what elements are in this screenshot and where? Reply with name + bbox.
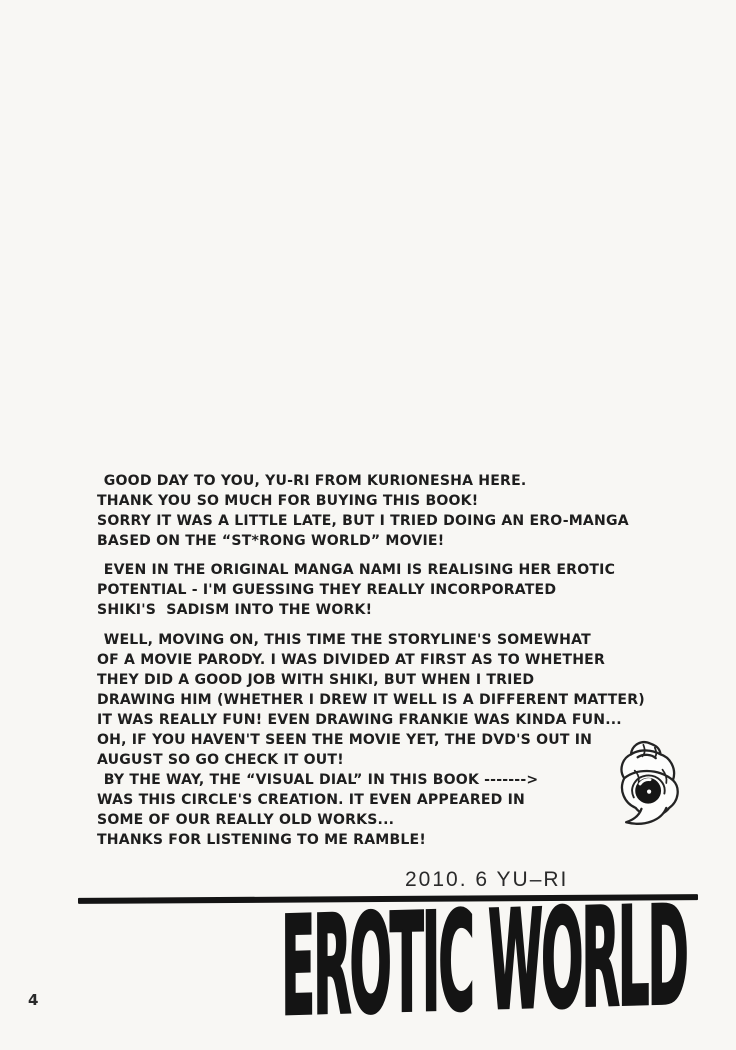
text-line: POTENTIAL - I'M GUESSING THEY REALLY INC…: [97, 580, 615, 600]
text-line: DRAWING HIM (WHETHER I DREW IT WELL IS A…: [97, 690, 645, 710]
text-line: EVEN IN THE ORIGINAL MANGA NAMI IS REALI…: [97, 560, 615, 580]
afterword-paragraph-1: GOOD DAY TO YOU, YU-RI FROM KURIONESHA H…: [97, 471, 629, 551]
afterword-page: GOOD DAY TO YOU, YU-RI FROM KURIONESHA H…: [0, 0, 736, 1050]
page-number: 4: [28, 991, 38, 1009]
text-line: THANK YOU SO MUCH FOR BUYING THIS BOOK!: [97, 491, 629, 511]
text-line: SHIKI'S SADISM INTO THE WORK!: [97, 600, 615, 620]
text-line: BY THE WAY, THE “VISUAL DIAL” IN THIS BO…: [97, 770, 538, 790]
text-line: THEY DID A GOOD JOB WITH SHIKI, BUT WHEN…: [97, 670, 645, 690]
text-line: SOME OF OUR REALLY OLD WORKS...: [97, 810, 538, 830]
text-line: OH, IF YOU HAVEN'T SEEN THE MOVIE YET, T…: [97, 730, 645, 750]
afterword-paragraph-2: EVEN IN THE ORIGINAL MANGA NAMI IS REALI…: [97, 560, 615, 620]
text-line: IT WAS REALLY FUN! EVEN DRAWING FRANKIE …: [97, 710, 645, 730]
afterword-paragraph-3: WELL, MOVING ON, THIS TIME THE STORYLINE…: [97, 630, 645, 770]
text-line: THANKS FOR LISTENING TO ME RAMBLE!: [97, 830, 538, 850]
text-line: WELL, MOVING ON, THIS TIME THE STORYLINE…: [97, 630, 645, 650]
text-line: GOOD DAY TO YOU, YU-RI FROM KURIONESHA H…: [97, 471, 629, 491]
text-line: AUGUST SO GO CHECK IT OUT!: [97, 750, 645, 770]
afterword-paragraph-4: BY THE WAY, THE “VISUAL DIAL” IN THIS BO…: [97, 770, 538, 850]
text-line: SORRY IT WAS A LITTLE LATE, BUT I TRIED …: [97, 511, 629, 531]
text-line: WAS THIS CIRCLE'S CREATION. IT EVEN APPE…: [97, 790, 538, 810]
text-line: OF A MOVIE PARODY. I WAS DIVIDED AT FIRS…: [97, 650, 645, 670]
visual-dial-shell-icon: [608, 736, 694, 832]
book-title-logo: EROTIC WORLD: [281, 888, 687, 1036]
text-line: BASED ON THE “ST*RONG WORLD” MOVIE!: [97, 531, 629, 551]
